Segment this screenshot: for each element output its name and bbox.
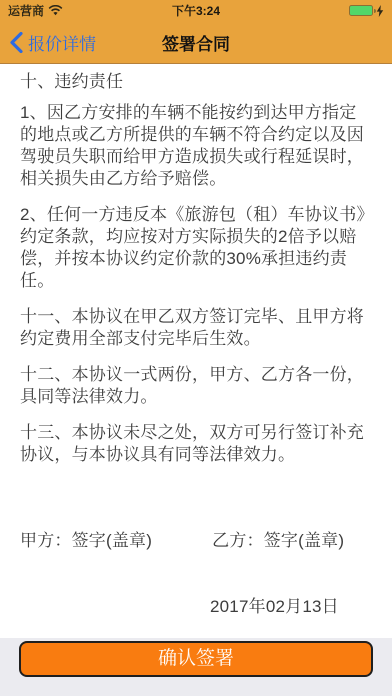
app-screen: 运营商 下午3:24 bbox=[0, 0, 392, 696]
contract-section-heading: 十、违约责任 bbox=[20, 71, 372, 93]
footer-bar: 确认签署 bbox=[0, 638, 392, 696]
party-a-signature-label: 甲方：签字(盖章) bbox=[20, 530, 152, 552]
contract-scroll-area[interactable]: 十、违约责任 1、因乙方安排的车辆不能按约到达甲方指定的地点或乙方所提供的车辆不… bbox=[0, 64, 392, 638]
top-bars: 运营商 下午3:24 bbox=[0, 0, 392, 64]
contract-paragraph: 十二、本协议一式两份，甲方、乙方各一份，具同等法律效力。 bbox=[20, 364, 372, 408]
nav-bar: 报价详情 签署合同 bbox=[0, 21, 392, 64]
battery-icon bbox=[349, 5, 373, 16]
back-button[interactable]: 报价详情 bbox=[0, 30, 106, 55]
contract-paragraph: 1、因乙方安排的车辆不能按约到达甲方指定的地点或乙方所提供的车辆不符合约定以及因… bbox=[20, 102, 372, 190]
contract-date: 2017年02月13日 bbox=[20, 596, 372, 618]
contract-paragraph: 十一、本协议在甲乙双方签订完毕、且甲方将约定费用全部支付完毕后生效。 bbox=[20, 306, 372, 350]
charging-bolt-icon bbox=[376, 5, 384, 17]
contract-paragraph: 2、任何一方违反本《旅游包（租）车协议书》约定条款，均应按对方实际损失的2倍予以… bbox=[20, 204, 372, 292]
party-b-signature-label: 乙方：签字(盖章) bbox=[212, 530, 344, 552]
signature-row: 甲方：签字(盖章) 乙方：签字(盖章) bbox=[20, 530, 372, 552]
back-button-label: 报价详情 bbox=[28, 30, 96, 55]
status-bar: 运营商 下午3:24 bbox=[0, 0, 392, 21]
contract-paragraph: 十三、本协议未尽之处，双方可另行签订补充协议，与本协议具有同等法律效力。 bbox=[20, 422, 372, 466]
confirm-sign-button[interactable]: 确认签署 bbox=[19, 641, 373, 677]
status-right bbox=[349, 5, 384, 17]
chevron-left-icon bbox=[10, 32, 23, 53]
clock: 下午3:24 bbox=[0, 2, 392, 19]
